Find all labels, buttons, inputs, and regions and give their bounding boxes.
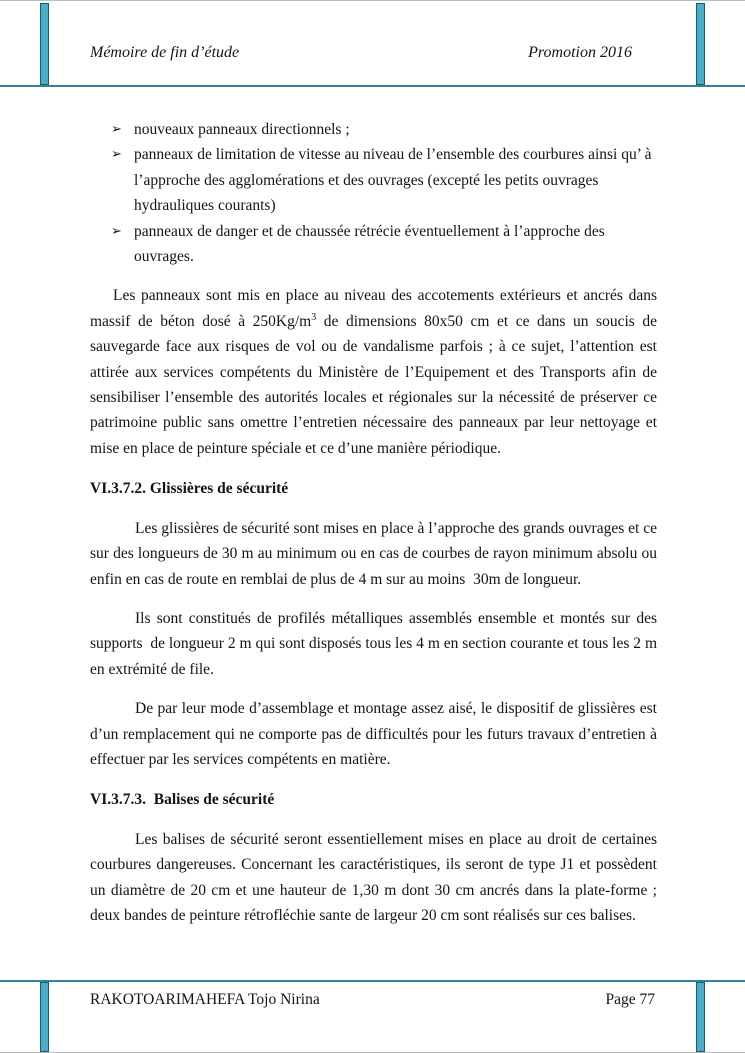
list-item: ➢ panneaux de limitation de vitesse au n… [90, 142, 657, 218]
list-item: ➢ panneaux de danger et de chaussée rétr… [90, 219, 657, 270]
paragraph-balises: Les balises de sécurité seront essentiel… [90, 827, 657, 929]
list-item-text: panneaux de limitation de vitesse au niv… [134, 146, 652, 214]
footer-author: RAKOTOARIMAHEFA Tojo Nirina [90, 990, 320, 1010]
paragraph-glissieres-3: De par leur mode d’assemblage et montage… [90, 696, 657, 772]
section-heading-balises: VI.3.7.3. Balises de sécurité [90, 787, 657, 812]
footer-page-number: Page 77 [605, 990, 655, 1010]
footer-rule [0, 980, 745, 982]
arrow-bullet-icon: ➢ [111, 117, 122, 142]
document-page: Mémoire de fin d’étude Promotion 2016 ➢ … [0, 0, 745, 1053]
page-footer: RAKOTOARIMAHEFA Tojo Nirina Page 77 [90, 990, 655, 1010]
header-rule [0, 85, 745, 87]
list-item: ➢ nouveaux panneaux directionnels ; [90, 117, 657, 142]
arrow-bullet-icon: ➢ [111, 219, 122, 244]
page-header: Mémoire de fin d’étude Promotion 2016 [90, 43, 632, 63]
section-heading-glissieres: VI.3.7.2. Glissières de sécurité [90, 476, 657, 501]
accent-bar-bottom-right [696, 982, 705, 1052]
bullet-list: ➢ nouveaux panneaux directionnels ; ➢ pa… [90, 117, 657, 269]
header-document-title: Mémoire de fin d’étude [90, 43, 239, 63]
paragraph-glissieres-2: Ils sont constitués de profilés métalliq… [90, 606, 657, 682]
accent-bar-top-left [40, 3, 49, 85]
page-body: ➢ nouveaux panneaux directionnels ; ➢ pa… [90, 117, 657, 928]
accent-bar-bottom-left [40, 982, 49, 1052]
accent-bar-top-right [696, 3, 705, 85]
header-promotion-label: Promotion 2016 [528, 43, 632, 63]
list-item-text: nouveaux panneaux directionnels ; [134, 121, 350, 138]
paragraph-text: de dimensions 80x50 cm et ce dans un sou… [90, 313, 661, 457]
list-item-text: panneaux de danger et de chaussée rétréc… [134, 223, 605, 265]
paragraph-panneaux: Les panneaux sont mis en place au niveau… [90, 283, 657, 461]
paragraph-glissieres-1: Les glissières de sécurité sont mises en… [90, 516, 657, 592]
arrow-bullet-icon: ➢ [111, 142, 122, 167]
